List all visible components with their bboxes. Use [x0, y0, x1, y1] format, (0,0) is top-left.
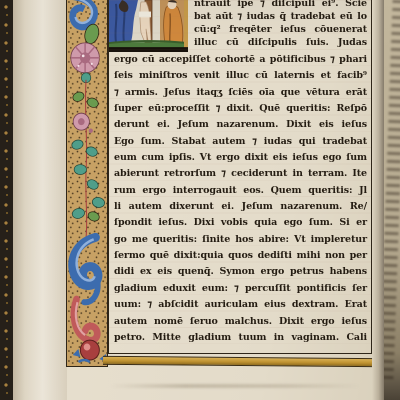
- parchment-margin: [13, 0, 67, 400]
- text-line: ſpondit ieſus. Dixi vobis quia ego ſum. …: [114, 215, 367, 231]
- text-line: ſeis miniſtros venit illuc cū laternis e…: [114, 68, 367, 84]
- text-line: eum cum ipſis. Vt ergo dixit eis ieſus e…: [114, 150, 367, 166]
- text-full-width: ergo cū accepiſſet cohortē a pōtificibus…: [114, 52, 367, 346]
- text-line: ſuper eū:proceſſit ⁊ dixit. Quē queritis…: [114, 101, 367, 117]
- text-line: ⁊ armis. Jeſus itaqʒ ſciēs oīa que vētur…: [114, 85, 367, 101]
- page-curve-shadow: [372, 0, 384, 400]
- text-line: ntrauit ipe ⁊ diſcipuli ei⁹. Scie: [194, 0, 367, 10]
- text-beside-miniature: ntrauit ipe ⁊ diſcipuli ei⁹. Scie bat aū…: [194, 0, 367, 49]
- border-flora-art: [67, 0, 107, 366]
- text-line: gladium eduxit eum: ⁊ percuſſit pontific…: [114, 281, 367, 297]
- text-line: go me queritis: ſinite hos abire: Vt imp…: [114, 232, 367, 248]
- illuminated-border: [66, 0, 108, 367]
- text-line: abierunt retrorſum ⁊ ceciderunt in terra…: [114, 166, 367, 182]
- text-line: derunt ei. Jeſum nazarenum. Dixit eis ie…: [114, 117, 367, 133]
- gilt-book-edge: [0, 0, 13, 400]
- gold-rule-bar: [103, 356, 372, 367]
- facing-page-ghost-text: [384, 0, 400, 380]
- text-line: Ego ſum. Stabat autem ⁊ iudas qui tradeb…: [114, 134, 367, 150]
- text-line: uum: ⁊ abſcidit auriculam eius dextram. …: [114, 297, 367, 313]
- text-line: li autem dixerunt ei. Jeſum nazarenum. R…: [114, 199, 367, 215]
- text-block: ntrauit ipe ⁊ diſcipuli ei⁹. Scie bat aū…: [108, 0, 372, 354]
- text-line: illuc cū diſcipulis ſuis. Judas: [194, 36, 367, 49]
- text-line: ſermo quē dixit:quia quos dediſti mihi n…: [114, 248, 367, 264]
- text-line: rum ergo interrogauit eos. Quem queritis…: [114, 183, 367, 199]
- text-line: bat aūt ⁊ iudas q̄ tradebat eū lo: [194, 10, 367, 23]
- text-line: cū:q² freqēter ieſus cōuenerat: [194, 23, 367, 36]
- text-line: autem nomē ſeruo malchus. Dixit ergo ieſ…: [114, 314, 367, 330]
- text-line: ergo cū accepiſſet cohortē a pōtificibus…: [114, 52, 367, 68]
- facing-page-edge: [384, 0, 400, 400]
- parchment-smudge: [110, 384, 360, 388]
- text-line: petro. Mitte gladium tuum in vaginam. Ca…: [114, 330, 367, 346]
- text-line: didi ex eis quenq̄. Symon ergo petrus ha…: [114, 264, 367, 280]
- manuscript-photo: ntrauit ipe ⁊ diſcipuli ei⁹. Scie bat aū…: [0, 0, 400, 400]
